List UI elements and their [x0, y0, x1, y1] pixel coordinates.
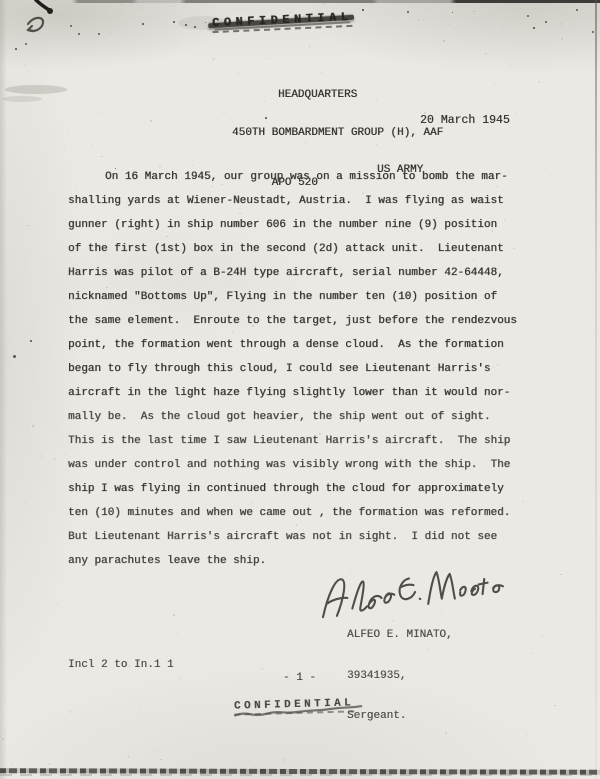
- confidential-stamp-bottom: CONFIDENTIAL: [234, 692, 354, 713]
- pencil-mark: [8, 0, 128, 90]
- body-line: aircraft in the light haze flying slight…: [68, 381, 548, 405]
- body-line: On 16 March 1945, our group was on a mis…: [68, 165, 548, 189]
- body-line: of the first (1st) box in the second (2d…: [68, 237, 548, 261]
- page-number: - 1 -: [283, 672, 316, 684]
- body-line: But Lieutenant Harris's aircraft was not…: [68, 525, 548, 549]
- body-line: Harris was pilot of a B-24H type aircraf…: [68, 261, 548, 285]
- signature-block: ALFEO E. MINATO, 39341935, Sergeant.: [347, 602, 453, 751]
- body-line: the same element. Enroute to the target,…: [68, 309, 548, 333]
- signature-service-number: 39341935,: [347, 670, 453, 684]
- enclosure-note: Incl 2 to In.1 1: [68, 659, 174, 671]
- body-line: began to fly through this cloud, I could…: [68, 357, 548, 381]
- body-line: ship I was flying in continued through t…: [68, 477, 548, 501]
- document-date: 20 March 1945: [420, 114, 510, 127]
- body-line: was under control and nothing was visibl…: [68, 453, 548, 477]
- body-line: shalling yards at Wiener-Neustadt, Austr…: [68, 189, 548, 213]
- scan-artifact-bottom-band-faint: [0, 774, 600, 776]
- body-line: mally be. As the cloud got heavier, the …: [68, 405, 548, 429]
- signature-name: ALFEO E. MINATO,: [347, 629, 453, 643]
- scanned-letter-page: CONFIDENTIAL HEADQUARTERS 450TH BOMBARDM…: [0, 0, 600, 779]
- body-line: point, the formation went through a dens…: [68, 333, 548, 357]
- letterhead-headquarters: HEADQUARTERS: [232, 89, 443, 102]
- scan-artifact-right-edge: [595, 0, 597, 779]
- body-line: This is the last time I saw Lieutenant H…: [68, 429, 548, 453]
- body-line: gunner (right) in ship number 606 in the…: [68, 213, 548, 237]
- scan-artifact-left-edge: [0, 0, 7, 779]
- body-line: ten (10) minutes and when we came out , …: [68, 501, 548, 525]
- smudge-mark: [5, 85, 67, 94]
- statement-body: On 16 March 1945, our group was on a mis…: [68, 165, 548, 573]
- body-line: nicknamed "Bottoms Up", Flying in the nu…: [68, 285, 548, 309]
- letterhead-group: 450TH BOMBARDMENT GROUP (H), AAF: [232, 127, 443, 140]
- smudge-mark: [2, 96, 42, 102]
- confidential-stamp-top: CONFIDENTIAL: [212, 7, 353, 31]
